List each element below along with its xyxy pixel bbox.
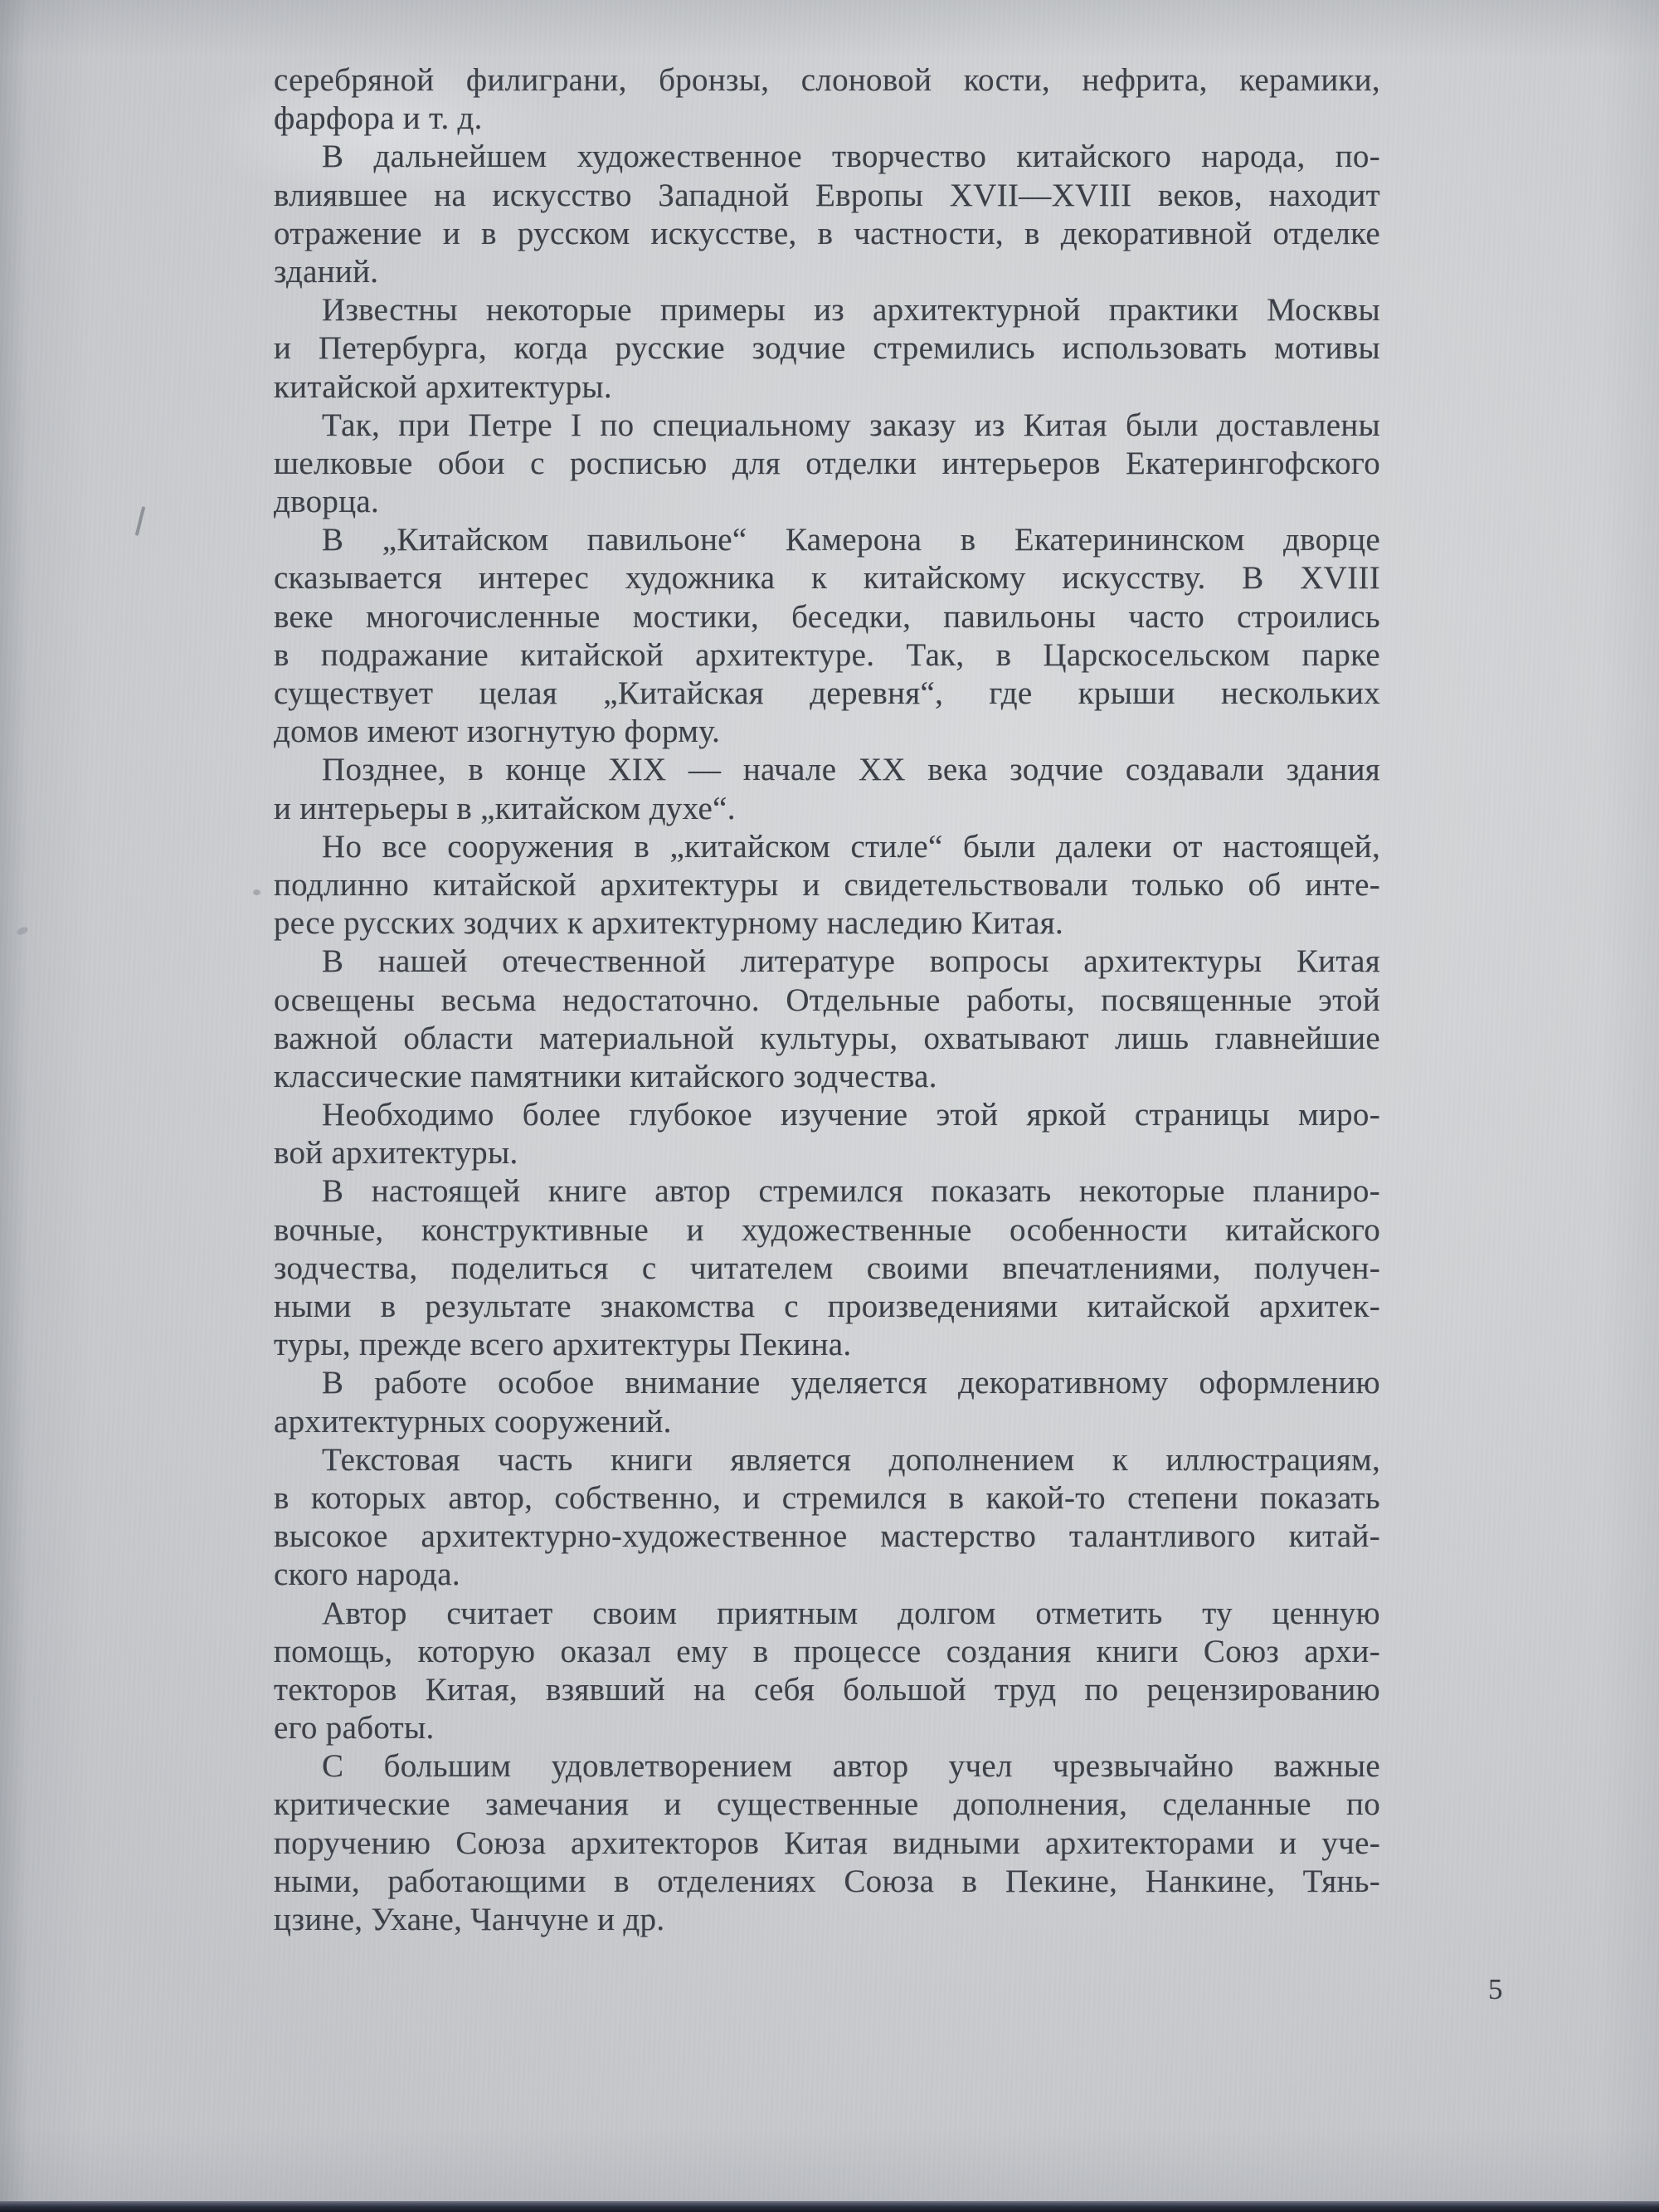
text-line: В работе особое внимание уделяется декор… <box>274 1364 1380 1402</box>
text-line: домов имеют изогнутую форму. <box>274 713 1380 751</box>
text-line: Позднее, в конце XIX — начале XX века зо… <box>274 751 1380 789</box>
text-line: архитектурных сооружений. <box>274 1403 1380 1441</box>
text-line: туры, прежде всего архитектуры Пекина. <box>274 1326 1380 1364</box>
text-line: текторов Китая, взявший на себя большой … <box>274 1671 1380 1709</box>
text-line: высокое архитектурно-художественное маст… <box>274 1518 1380 1556</box>
page-text: серебряной филиграни, бронзы, слоновой к… <box>274 61 1380 1939</box>
text-line: сказывается интерес художника к китайско… <box>274 559 1380 597</box>
text-line: В „Китайском павильоне“ Камерона в Екате… <box>274 521 1380 559</box>
text-line: его работы. <box>274 1709 1380 1747</box>
text-line: Известны некоторые примеры из архитектур… <box>274 291 1380 329</box>
text-line: и Петербурга, когда русские зодчие стрем… <box>274 329 1380 368</box>
text-line: ными в результате знакомства с произведе… <box>274 1288 1380 1326</box>
text-line: Но все сооружения в „китайском стиле“ бы… <box>274 828 1380 866</box>
text-line: серебряной филиграни, бронзы, слоновой к… <box>274 61 1380 100</box>
paper-scratch <box>135 506 146 536</box>
text-line: китайской архитектуры. <box>274 368 1380 407</box>
photo-bottom-edge <box>0 2201 1659 2212</box>
paper-speck <box>16 925 29 936</box>
text-line: помощь, которую оказал ему в процессе со… <box>274 1633 1380 1671</box>
text-line: существует целая „Китайская деревня“, гд… <box>274 675 1380 713</box>
text-line: веке многочисленные мостики, беседки, па… <box>274 598 1380 636</box>
text-line: цзине, Ухане, Чанчуне и др. <box>274 1901 1380 1939</box>
text-line: ского народа. <box>274 1556 1380 1594</box>
text-line: фарфора и т. д. <box>274 100 1380 138</box>
text-line: подлинно китайской архитектуры и свидете… <box>274 866 1380 904</box>
text-line: зодчества, поделиться с читателем своими… <box>274 1250 1380 1288</box>
text-line: классические памятники китайского зодчес… <box>274 1058 1380 1096</box>
text-line: вочные, конструктивные и художественные … <box>274 1211 1380 1250</box>
text-line: поручению Союза архитекторов Китая видны… <box>274 1825 1380 1863</box>
paper-speck <box>253 889 260 895</box>
book-page: серебряной филиграни, бронзы, слоновой к… <box>0 0 1659 2202</box>
text-line: ными, работающими в отделениях Союза в П… <box>274 1863 1380 1901</box>
text-line: дворца. <box>274 483 1380 521</box>
text-line: Текстовая часть книги является дополнени… <box>274 1441 1380 1479</box>
text-line: В дальнейшем художественное творчество к… <box>274 138 1380 176</box>
text-line: В нашей отечественной литературе вопросы… <box>274 943 1380 981</box>
text-line: отражение и в русском искусстве, в частн… <box>274 215 1380 253</box>
page-number: 5 <box>1488 1973 1503 2006</box>
text-line: шелковые обои с росписью для отделки инт… <box>274 445 1380 483</box>
text-line: ресе русских зодчих к архитектурному нас… <box>274 904 1380 943</box>
text-line: Так, при Петре I по специальному заказу … <box>274 407 1380 445</box>
text-line: вой архитектуры. <box>274 1134 1380 1172</box>
text-line: влиявшее на искусство Западной Европы XV… <box>274 177 1380 215</box>
text-line: в подражание китайской архитектуре. Так,… <box>274 636 1380 675</box>
text-line: важной области материальной культуры, ох… <box>274 1020 1380 1058</box>
text-line: зданий. <box>274 253 1380 291</box>
text-line: Необходимо более глубокое изучение этой … <box>274 1096 1380 1134</box>
text-line: Автор считает своим приятным долгом отме… <box>274 1595 1380 1633</box>
text-line: В настоящей книге автор стремился показа… <box>274 1172 1380 1211</box>
text-line: освещены весьма недостаточно. Отдельные … <box>274 982 1380 1020</box>
text-line: С большим удовлетворением автор учел чре… <box>274 1747 1380 1786</box>
text-line: критические замечания и существенные доп… <box>274 1786 1380 1824</box>
text-line: и интерьеры в „китайском духе“. <box>274 790 1380 828</box>
text-line: в которых автор, собственно, и стремился… <box>274 1479 1380 1518</box>
